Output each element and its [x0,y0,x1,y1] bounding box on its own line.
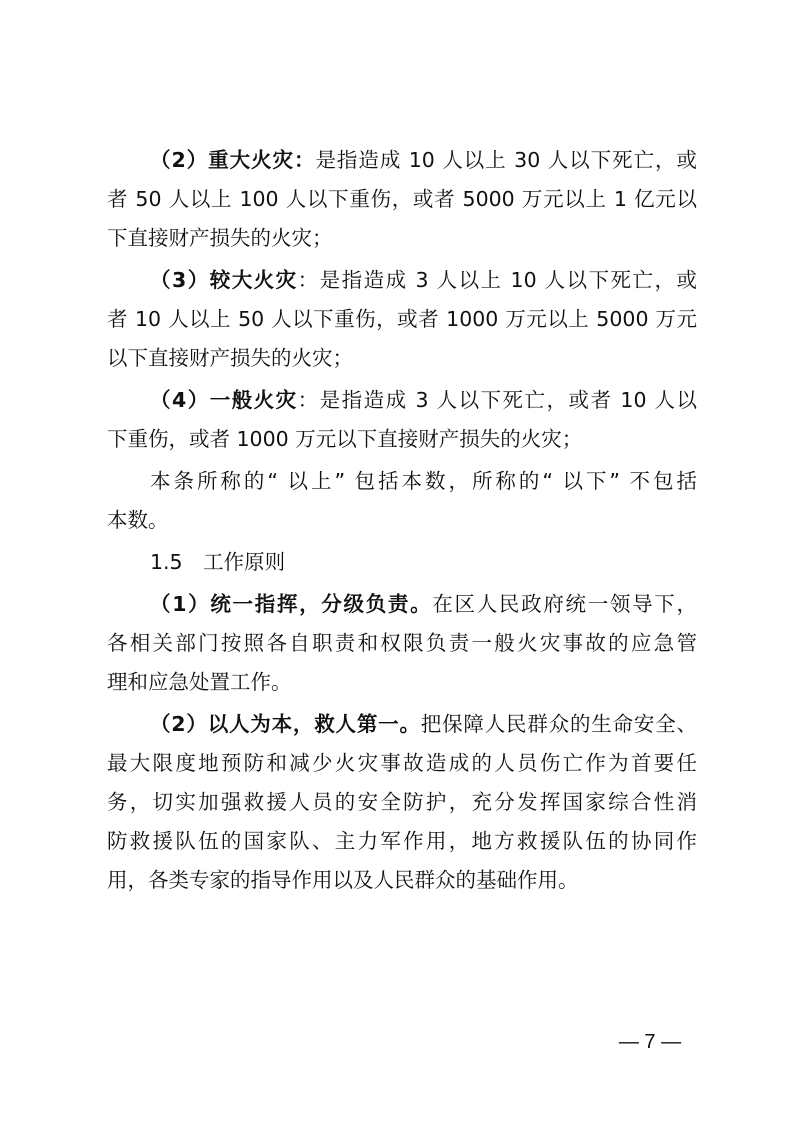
document-page: （2）重大火灾：是指造成 10 人以上 30 人以下死亡，或 者 50 人以上 … [0,0,793,1122]
major-fire-heading: （2）重大火灾： [150,148,315,172]
general-fire-heading: （4）一般火灾 [150,388,298,412]
principle-2-heading: （2）以人为本，救人第一。 [150,712,421,736]
note-line-1: 本条所称的“ 以上” 包括本数，所称的“ 以下” 不包括 [150,468,697,494]
general-fire-text: ：是指造成 3 人以下死亡，或者 10 人以 [298,388,697,412]
larger-fire-line-3: 以下直接财产损失的火灾； [107,345,697,371]
larger-fire-heading: （3）较大火灾 [150,268,298,292]
principle-1-text: 在区人民政府统一领导下， [432,592,697,616]
general-fire-line-1: （4）一般火灾：是指造成 3 人以下死亡，或者 10 人以 [150,387,697,413]
principle-2-line-1: （2）以人为本，救人第一。把保障人民群众的生命安全、 [150,711,697,737]
principle-1-heading: （1）统一指挥，分级负责。 [150,592,432,616]
major-fire-line-1: （2）重大火灾：是指造成 10 人以上 30 人以下死亡，或 [150,147,697,173]
section-heading-1-5: 1.5 工作原则 [150,549,697,575]
principle-2-line-3: 务，切实加强救援人员的安全防护，充分发挥国家综合性消 [107,789,697,815]
principle-2-line-5: 用，各类专家的指导作用以及人民群众的基础作用。 [107,867,697,893]
major-fire-text: 是指造成 10 人以上 30 人以下死亡，或 [315,148,697,172]
larger-fire-text: ：是指造成 3 人以上 10 人以下死亡，或 [298,268,697,292]
principle-2-line-2: 最大限度地预防和减少火灾事故造成的人员伤亡作为首要任 [107,750,697,776]
major-fire-line-3: 下直接财产损失的火灾； [107,225,697,251]
principle-1-line-1: （1）统一指挥，分级负责。在区人民政府统一领导下， [150,591,697,617]
principle-2-line-4: 防救援队伍的国家队、主力军作用，地方救援队伍的协同作 [107,828,697,854]
larger-fire-line-1: （3）较大火灾：是指造成 3 人以上 10 人以下死亡，或 [150,267,697,293]
larger-fire-line-2: 者 10 人以上 50 人以下重伤，或者 1000 万元以上 5000 万元 [107,306,697,332]
principle-2-text: 把保障人民群众的生命安全、 [421,712,697,736]
general-fire-line-2: 下重伤，或者 1000 万元以下直接财产损失的火灾； [107,426,697,452]
major-fire-line-2: 者 50 人以上 100 人以下重伤，或者 5000 万元以上 1 亿元以 [107,186,697,212]
principle-1-line-3: 理和应急处置工作。 [107,669,697,695]
note-line-2: 本数。 [107,507,697,533]
principle-1-line-2: 各相关部门按照各自职责和权限负责一般火灾事故的应急管 [107,630,697,656]
page-number: — 7 — [600,1029,700,1055]
